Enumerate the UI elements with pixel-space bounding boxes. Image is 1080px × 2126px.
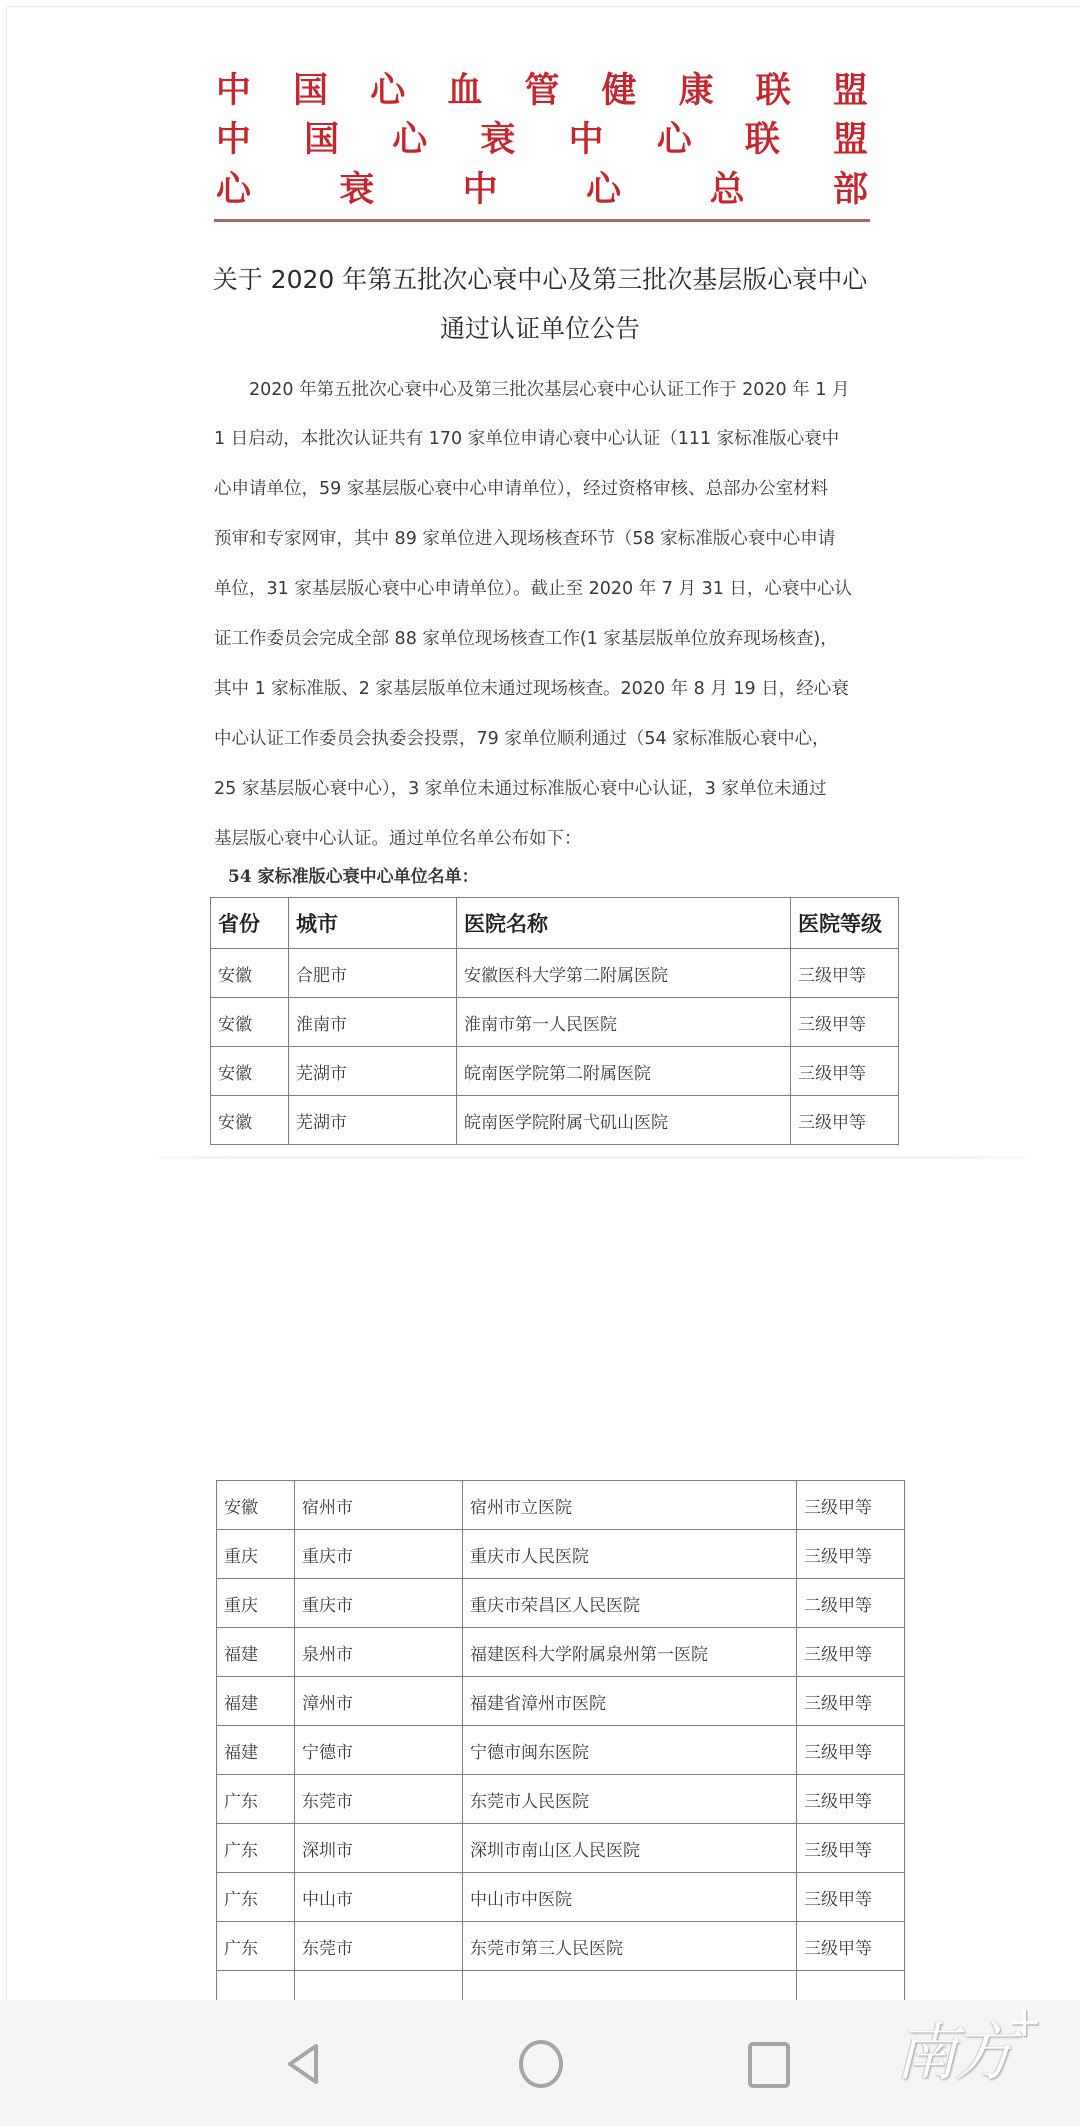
- back-button[interactable]: [276, 2034, 336, 2094]
- masthead-char: 管: [524, 73, 559, 108]
- watermark-plus-icon: +: [1007, 1997, 1038, 2046]
- masthead-char: 中: [569, 122, 604, 157]
- masthead-char: 盟: [833, 73, 868, 108]
- masthead-char: 血: [447, 73, 482, 108]
- cell-city: 宿州市: [295, 1481, 463, 1530]
- masthead-char: 联: [745, 122, 780, 157]
- table-row: 广东 深圳市 深圳市南山区人民医院 三级甲等: [217, 1824, 905, 1873]
- header-province: 省份: [211, 898, 289, 949]
- hospital-table-page-2: 安徽 宿州市 宿州市立医院 三级甲等 重庆 重庆市 重庆市人民医院 三级甲等 重…: [216, 1480, 905, 2020]
- body-line: 心申请单位，59 家基层版心衰中心申请单位），经过资格审核、总部办公室材料: [214, 479, 872, 499]
- masthead-char: 盟: [833, 122, 868, 157]
- cell-hospital: 淮南市第一人民医院: [457, 998, 791, 1047]
- masthead-char: 部: [833, 172, 868, 207]
- masthead-char: 衰: [480, 122, 515, 157]
- masthead-char: 康: [679, 73, 714, 108]
- back-icon: [276, 2034, 336, 2094]
- cell-hospital: 东莞市人民医院: [463, 1775, 797, 1824]
- masthead-divider: [214, 219, 870, 222]
- body-line: 单位，31 家基层版心衰中心申请单位）。截止至 2020 年 7 月 31 日，…: [214, 579, 872, 599]
- table-header-row: 省份 城市 医院名称 医院等级: [211, 898, 899, 949]
- cell-province: 安徽: [211, 949, 289, 998]
- masthead-char: 中: [216, 73, 251, 108]
- cell-province: 广东: [217, 1775, 295, 1824]
- nanfang-plus-watermark: 南方 +: [895, 2003, 1045, 2093]
- list-heading: 54 家标准版心衰中心单位名单：: [228, 862, 479, 887]
- cell-hospital: 宿州市立医院: [463, 1481, 797, 1530]
- body-line: 预审和专家网审，其中 89 家单位进入现场核查环节（58 家标准版心衰中心申请: [214, 529, 872, 549]
- masthead-char: 中: [216, 122, 251, 157]
- cell-province: 重庆: [217, 1530, 295, 1579]
- header-hospital-grade: 医院等级: [791, 898, 899, 949]
- cell-city: 淮南市: [289, 998, 457, 1047]
- table-row: 福建 泉州市 福建医科大学附属泉州第一医院 三级甲等: [217, 1628, 905, 1677]
- cell-grade: 三级甲等: [797, 1628, 905, 1677]
- cell-grade: 三级甲等: [797, 1677, 905, 1726]
- body-line: 2020 年第五批次心衰中心及第三批次基层心衰中心认证工作于 2020 年 1 …: [214, 380, 872, 400]
- table-row: 安徽 芜湖市 皖南医学院附属弋矶山医院 三级甲等: [211, 1096, 899, 1145]
- table-row: 广东 中山市 中山市中医院 三级甲等: [217, 1873, 905, 1922]
- cell-city: 东莞市: [295, 1922, 463, 1971]
- masthead-char: 国: [304, 122, 339, 157]
- masthead-char: 总: [710, 172, 745, 207]
- cell-hospital: 皖南医学院第二附属医院: [457, 1047, 791, 1096]
- document-title-line-1: 关于 2020 年第五批次心衰中心及第三批次基层版心衰中心: [200, 265, 880, 295]
- cell-grade: 二级甲等: [797, 1579, 905, 1628]
- body-line: 其中 1 家标准版、2 家基层版单位未通过现场核查。2020 年 8 月 19 …: [214, 679, 872, 699]
- masthead-char: 心: [586, 172, 621, 207]
- cell-hospital: 东莞市第三人民医院: [463, 1922, 797, 1971]
- masthead-char: 心: [216, 172, 251, 207]
- hospital-table-page-1: 省份 城市 医院名称 医院等级 安徽 合肥市 安徽医科大学第二附属医院 三级甲等…: [210, 897, 899, 1145]
- cell-grade: 三级甲等: [797, 1530, 905, 1579]
- masthead-char: 中: [463, 172, 498, 207]
- page-break-shadow: [140, 1156, 1040, 1159]
- cell-hospital: 深圳市南山区人民医院: [463, 1824, 797, 1873]
- masthead-line-2: 中 国 心 衰 中 心 联 盟: [216, 122, 868, 157]
- cell-city: 宁德市: [295, 1726, 463, 1775]
- cell-province: 安徽: [211, 1096, 289, 1145]
- cell-city: 重庆市: [295, 1530, 463, 1579]
- cell-province: 福建: [217, 1726, 295, 1775]
- cell-city: 深圳市: [295, 1824, 463, 1873]
- cell-city: 漳州市: [295, 1677, 463, 1726]
- table-row: 福建 漳州市 福建省漳州市医院 三级甲等: [217, 1677, 905, 1726]
- cell-hospital: 重庆市荣昌区人民医院: [463, 1579, 797, 1628]
- masthead-line-3: 心 衰 中 心 总 部: [216, 172, 868, 207]
- cell-grade: 三级甲等: [797, 1873, 905, 1922]
- cell-hospital: 重庆市人民医院: [463, 1530, 797, 1579]
- masthead-char: 健: [602, 73, 637, 108]
- table-row: 安徽 芜湖市 皖南医学院第二附属医院 三级甲等: [211, 1047, 899, 1096]
- cell-hospital: 中山市中医院: [463, 1873, 797, 1922]
- cell-province: 福建: [217, 1628, 295, 1677]
- cell-province: 安徽: [211, 1047, 289, 1096]
- cell-hospital: 宁德市闽东医院: [463, 1726, 797, 1775]
- header-hospital-name: 医院名称: [457, 898, 791, 949]
- cell-province: 广东: [217, 1824, 295, 1873]
- document-title-line-2: 通过认证单位公告: [200, 314, 880, 344]
- cell-province: 福建: [217, 1677, 295, 1726]
- cell-hospital: 安徽医科大学第二附属医院: [457, 949, 791, 998]
- cell-grade: 三级甲等: [791, 1096, 899, 1145]
- table-row: 安徽 宿州市 宿州市立医院 三级甲等: [217, 1481, 905, 1530]
- table-row: 广东 东莞市 东莞市第三人民医院 三级甲等: [217, 1922, 905, 1971]
- cell-hospital: 皖南医学院附属弋矶山医院: [457, 1096, 791, 1145]
- table-row: 安徽 淮南市 淮南市第一人民医院 三级甲等: [211, 998, 899, 1047]
- cell-city: 芜湖市: [289, 1047, 457, 1096]
- table-row: 重庆 重庆市 重庆市荣昌区人民医院 二级甲等: [217, 1579, 905, 1628]
- table-row: 安徽 合肥市 安徽医科大学第二附属医院 三级甲等: [211, 949, 899, 998]
- cell-city: 芜湖市: [289, 1096, 457, 1145]
- table-row: 重庆 重庆市 重庆市人民医院 三级甲等: [217, 1530, 905, 1579]
- cell-grade: 三级甲等: [797, 1726, 905, 1775]
- cell-province: 广东: [217, 1873, 295, 1922]
- watermark-text: 南方: [895, 2016, 1011, 2089]
- masthead-char: 联: [756, 73, 791, 108]
- body-line: 证工作委员会完成全部 88 家单位现场核查工作(1 家基层版单位放弃现场核查)，: [214, 629, 872, 649]
- cell-city: 泉州市: [295, 1628, 463, 1677]
- cell-province: 安徽: [217, 1481, 295, 1530]
- masthead-char: 衰: [339, 172, 374, 207]
- cell-province: 安徽: [211, 998, 289, 1047]
- recents-icon: [740, 2034, 800, 2094]
- home-icon: [511, 2034, 571, 2094]
- masthead-char: 心: [370, 73, 405, 108]
- cell-grade: 三级甲等: [797, 1824, 905, 1873]
- cell-city: 重庆市: [295, 1579, 463, 1628]
- cell-city: 合肥市: [289, 949, 457, 998]
- cell-grade: 三级甲等: [797, 1481, 905, 1530]
- body-line: 25 家基层版心衰中心），3 家单位未通过标准版心衰中心认证，3 家单位未通过: [214, 779, 872, 799]
- table-row: 广东 东莞市 东莞市人民医院 三级甲等: [217, 1775, 905, 1824]
- body-line: 中心认证工作委员会执委会投票，79 家单位顺利通过（54 家标准版心衰中心，: [214, 729, 872, 749]
- cell-grade: 三级甲等: [797, 1922, 905, 1971]
- masthead-char: 国: [293, 73, 328, 108]
- cell-city: 东莞市: [295, 1775, 463, 1824]
- cell-grade: 三级甲等: [791, 1047, 899, 1096]
- cell-grade: 三级甲等: [791, 949, 899, 998]
- masthead-char: 心: [392, 122, 427, 157]
- recents-button[interactable]: [740, 2034, 800, 2094]
- masthead-line-1: 中 国 心 血 管 健 康 联 盟: [216, 73, 868, 108]
- body-line: 基层版心衰中心认证。通过单位名单公布如下：: [214, 829, 872, 849]
- cell-grade: 三级甲等: [791, 998, 899, 1047]
- header-city: 城市: [289, 898, 457, 949]
- cell-province: 广东: [217, 1922, 295, 1971]
- cell-hospital: 福建医科大学附属泉州第一医院: [463, 1628, 797, 1677]
- masthead-char: 心: [657, 122, 692, 157]
- body-line: 1 日启动，本批次认证共有 170 家单位申请心衰中心认证（111 家标准版心衰…: [214, 429, 872, 449]
- home-button[interactable]: [511, 2034, 571, 2094]
- cell-hospital: 福建省漳州市医院: [463, 1677, 797, 1726]
- cell-city: 中山市: [295, 1873, 463, 1922]
- table-row: 福建 宁德市 宁德市闽东医院 三级甲等: [217, 1726, 905, 1775]
- cell-province: 重庆: [217, 1579, 295, 1628]
- cell-grade: 三级甲等: [797, 1775, 905, 1824]
